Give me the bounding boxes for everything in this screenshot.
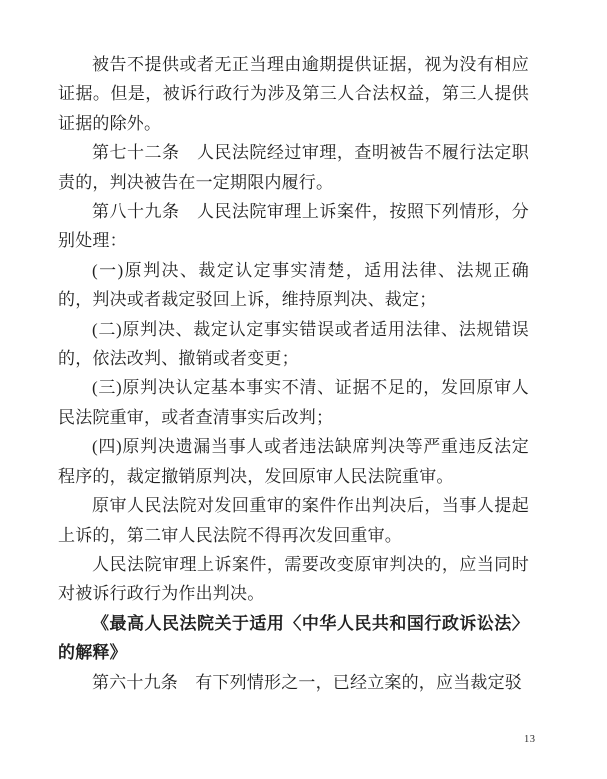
body-paragraph: (三)原判决认定基本事实不清、证据不足的，发回原审人民法院重审，或者查清事实后改… — [58, 373, 529, 432]
body-paragraph: 人民法院审理上诉案件，需要改变原审判决的，应当同时对被诉行政行为作出判决。 — [58, 550, 529, 609]
body-paragraph: (一)原判决、裁定认定事实清楚，适用法律、法规正确的，判决或者裁定驳回上诉，维持… — [58, 256, 529, 315]
body-paragraph: (四)原判决遗漏当事人或者违法缺席判决等严重违反法定程序的，裁定撤销原判决，发回… — [58, 432, 529, 491]
body-paragraph: 第八十九条 人民法院审理上诉案件，按照下列情形，分别处理： — [58, 197, 529, 256]
document-page: 被告不提供或者无正当理由逾期提供证据，视为没有相应证据。但是，被诉行政行为涉及第… — [0, 0, 607, 779]
body-paragraph: 第七十二条 人民法院经过审理，查明被告不履行法定职责的，判决被告在一定期限内履行… — [58, 138, 529, 197]
body-paragraph: 原审人民法院对发回重审的案件作出判决后，当事人提起上诉的，第二审人民法院不得再次… — [58, 491, 529, 550]
document-title-paragraph: 《最高人民法院关于适用〈中华人民共和国行政诉讼法〉的解释》 — [58, 609, 529, 668]
text-content: 被告不提供或者无正当理由逾期提供证据，视为没有相应证据。但是，被诉行政行为涉及第… — [58, 50, 529, 697]
body-paragraph: (二)原判决、裁定认定事实错误或者适用法律、法规错误的，依法改判、撤销或者变更； — [58, 315, 529, 374]
body-paragraph: 第六十九条 有下列情形之一，已经立案的，应当裁定驳 — [58, 668, 529, 697]
body-paragraph: 被告不提供或者无正当理由逾期提供证据，视为没有相应证据。但是，被诉行政行为涉及第… — [58, 50, 529, 138]
page-number: 13 — [524, 733, 536, 747]
